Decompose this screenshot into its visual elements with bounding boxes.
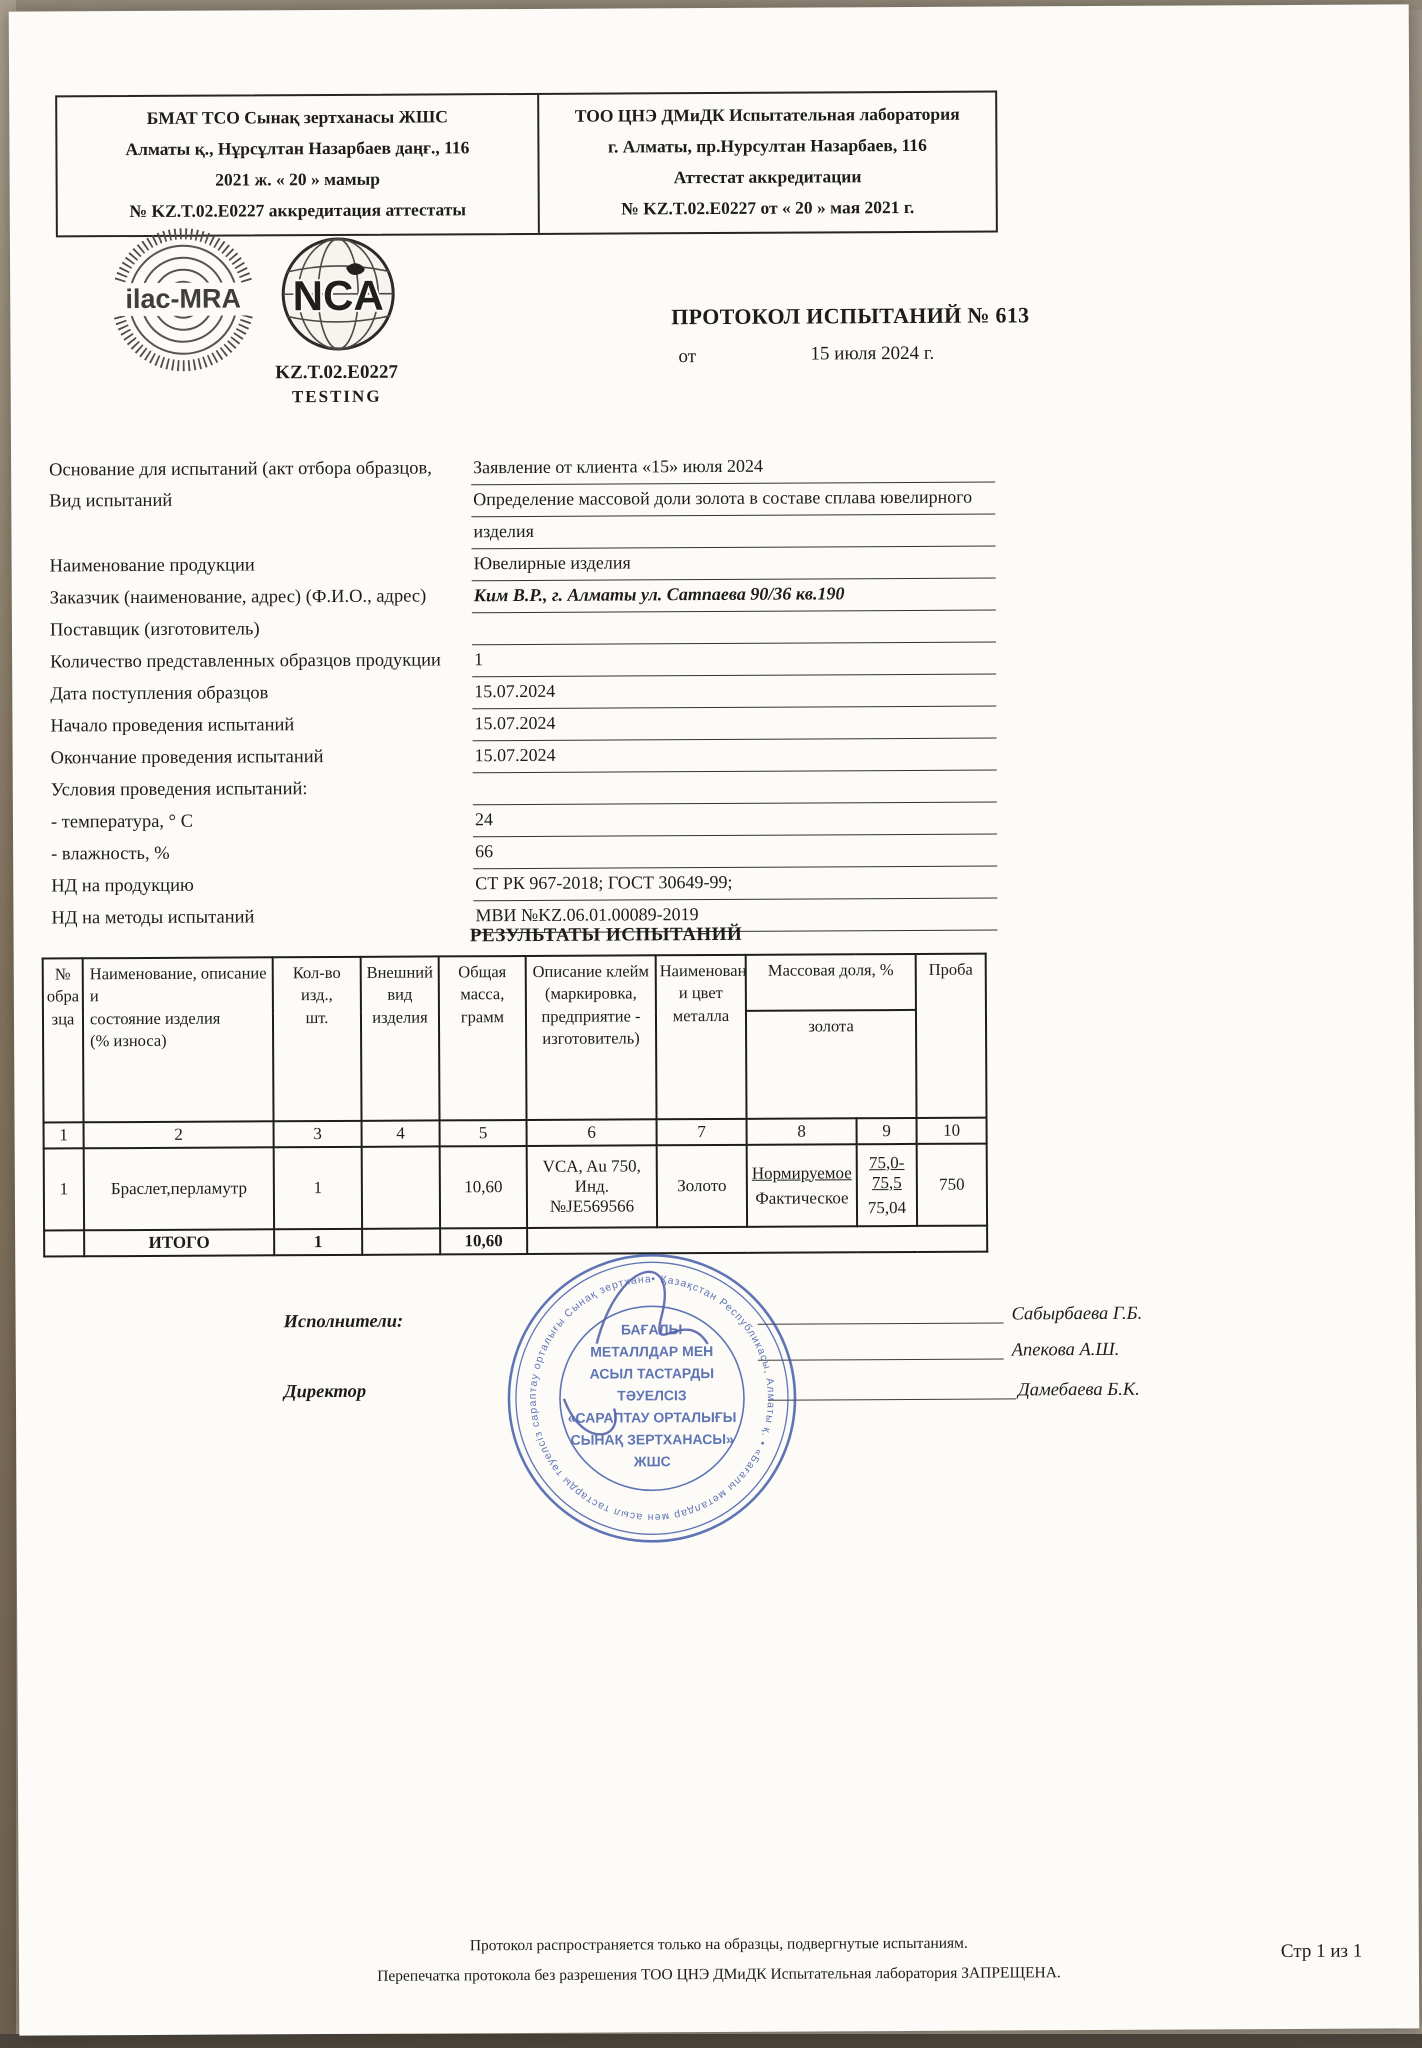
column-number: 4	[362, 1120, 440, 1146]
column-header: Общаямасса,грамм	[439, 956, 527, 1120]
signature-line	[758, 1358, 1004, 1360]
cell-sample-no: 1	[44, 1148, 84, 1230]
field-row: Поставщик (изготовитель)	[50, 611, 996, 648]
field-label: Поставщик (изготовитель)	[50, 613, 472, 646]
column-header: Описание клейм(маркировка,предприятие -и…	[526, 955, 657, 1120]
svg-text:БАҒАЛЫ: БАҒАЛЫ	[621, 1321, 682, 1337]
footer-note-1: Протокол распространяется только на обра…	[19, 1932, 1419, 1957]
field-value: 15.07.2024	[472, 675, 996, 710]
column-number: 9	[857, 1118, 917, 1144]
field-value: Ювелирные изделия	[472, 547, 996, 582]
cell-metal: Золото	[657, 1145, 747, 1227]
field-row: Начало проведения испытаний15.07.2024	[50, 707, 996, 744]
document-page: БМАТ ТСО Сынақ зертханасы ЖШСАлматы қ., …	[9, 4, 1420, 2035]
header-left-cell: БМАТ ТСО Сынақ зертханасы ЖШСАлматы қ., …	[57, 95, 538, 236]
field-value: 24	[473, 803, 997, 838]
cell-proba: 750	[917, 1144, 987, 1226]
cell-mass: 10,60	[440, 1146, 527, 1228]
field-label: Заказчик (наименование, адрес) (Ф.И.О., …	[50, 581, 472, 614]
field-value: 66	[473, 835, 997, 870]
accreditation-header-table: БМАТ ТСО Сынақ зертханасы ЖШСАлматы қ., …	[55, 91, 998, 238]
executors-label: Исполнители:	[284, 1312, 404, 1334]
svg-text:ilac-MRA: ilac-MRA	[125, 283, 241, 314]
header-text-line: Алматы қ., Нұрсұлтан Назарбаев даңғ., 11…	[63, 132, 531, 165]
field-value	[473, 771, 997, 806]
director-name: Дамебаева Б.К.	[1018, 1380, 1140, 1402]
header-text-line: БМАТ ТСО Сынақ зертханасы ЖШС	[63, 101, 531, 134]
accreditation-scope-label: TESTING	[207, 386, 467, 407]
field-row: Окончание проведения испытаний15.07.2024	[51, 739, 997, 776]
header-text-line: ТОО ЦНЭ ДМиДК Испытательная лаборатория	[545, 99, 989, 132]
svg-text:АСЫЛ ТАСТАРДЫ: АСЫЛ ТАСТАРДЫ	[590, 1365, 714, 1382]
column-header-proba: Проба	[916, 954, 987, 1118]
field-label: Количество представленных образцов проду…	[50, 645, 472, 678]
director-label: Директор	[284, 1382, 366, 1403]
field-row: Дата поступления образцов15.07.2024	[50, 675, 996, 712]
pen-signature-icon	[563, 1271, 708, 1434]
cell-appearance	[362, 1146, 440, 1228]
field-value: Ким В.Р., г. Алматы ул. Сатпаева 90/36 к…	[472, 579, 996, 614]
accreditation-cert-number: KZ.T.02.E0227	[207, 361, 467, 384]
header-text-line: г. Алматы, пр.Нурсултан Назарбаев, 116	[545, 130, 989, 163]
footer-note-2: Перепечатка протокола без разрешения ТОО…	[19, 1962, 1419, 1987]
header-text-line: 2021 ж. « 20 » мамыр	[64, 163, 532, 196]
svg-text:СЫНАҚ ЗЕРТХАНАСЫ»: СЫНАҚ ЗЕРТХАНАСЫ»	[571, 1431, 735, 1448]
header-text-line: № KZ.T.02.E0227 аккредитация аттестаты	[64, 194, 532, 227]
total-label: ИТОГО	[84, 1229, 274, 1256]
field-row: Количество представленных образцов проду…	[50, 643, 996, 680]
column-number: 3	[274, 1121, 362, 1147]
field-value: 1	[472, 643, 996, 678]
field-value: Заявление от клиента «15» июля 2024	[471, 451, 995, 486]
column-header-mass-fraction: Массовая доля, %	[746, 954, 916, 1011]
cell-mass-fraction-values: 75,0-75,575,04	[857, 1144, 917, 1226]
field-label: Наименование продукции	[50, 549, 472, 582]
svg-text:ЖШС: ЖШС	[633, 1453, 671, 1469]
column-header: Наименование, описание исостояние издели…	[83, 957, 274, 1122]
field-value: 15.07.2024	[472, 707, 996, 742]
field-value: 15.07.2024	[473, 739, 997, 774]
column-subheader-gold: золота	[746, 1010, 917, 1119]
column-header: №образца	[43, 958, 84, 1122]
cell-mass-fraction-labels: НормируемоеФактическое	[747, 1144, 857, 1227]
column-header: Внешнийвид изделия	[361, 956, 440, 1120]
svg-text:ТӘУЕЛСІЗ: ТӘУЕЛСІЗ	[617, 1387, 687, 1403]
column-number: 6	[527, 1119, 657, 1146]
field-label: Условия проведения испытаний:	[51, 773, 473, 806]
page-number: Стр 1 из 1	[1281, 1941, 1363, 1963]
svg-text:NCA: NCA	[293, 272, 384, 319]
column-header: Кол-во изд.,шт.	[273, 957, 362, 1121]
svg-text:«САРАПТАУ ОРТАЛЫҒЫ: «САРАПТАУ ОРТАЛЫҒЫ	[568, 1409, 737, 1426]
cell-qty: 1	[274, 1147, 362, 1229]
column-header: Наименованиеи цвет металла	[656, 955, 747, 1119]
executor-name: Апекова А.Ш.	[1012, 1340, 1120, 1362]
column-number: 2	[84, 1121, 274, 1148]
protocol-title: ПРОТОКОЛ ИСПЫТАНИЙ № 613	[630, 302, 1070, 330]
table-header-row: №образцаНаименование, описание исостояни…	[43, 954, 986, 1015]
column-number: 1	[44, 1122, 84, 1148]
column-number: 10	[917, 1118, 987, 1144]
nca-logo-icon: NCA	[276, 234, 401, 361]
field-label: - влажность, %	[51, 837, 473, 870]
column-number: 7	[657, 1119, 747, 1145]
field-value	[472, 611, 996, 646]
header-text-line: Аттестат аккредитации	[546, 161, 990, 194]
field-label: Начало проведения испытаний	[50, 709, 472, 742]
field-row: Основание для испытаний (акт отбора обра…	[49, 451, 995, 552]
header-right-cell: ТОО ЦНЭ ДМиДК Испытательная лабораторияг…	[537, 93, 996, 233]
field-label: Окончание проведения испытаний	[51, 741, 473, 774]
total-mass: 10,60	[440, 1228, 527, 1254]
field-label: Вид испытаний	[49, 484, 471, 517]
field-label: Дата поступления образцов	[50, 677, 472, 710]
results-table: №образцаНаименование, описание исостояни…	[42, 953, 989, 1258]
result-row: 1Браслет,перламутр110,60VCA, Au 750,Инд.…	[44, 1144, 987, 1231]
ilac-mra-logo-icon: ilac-MRA	[108, 224, 259, 375]
signature-line	[758, 1322, 1004, 1324]
column-number: 5	[440, 1120, 527, 1146]
total-row: ИТОГО110,60	[44, 1226, 987, 1257]
header-text-line: № KZ.T.02.E0227 от « 20 » мая 2021 г.	[546, 192, 990, 225]
executor-name: Сабырбаева Г.Б.	[1011, 1304, 1142, 1326]
fields-block: Основание для испытаний (акт отбора обра…	[49, 451, 998, 936]
column-number: 8	[747, 1118, 857, 1145]
field-row: Условия проведения испытаний:	[51, 771, 997, 808]
field-value: изделия	[471, 515, 995, 550]
field-label: НД на продукцию	[51, 869, 473, 902]
field-row: Заказчик (наименование, адрес) (Ф.И.О., …	[50, 579, 996, 616]
field-label: Основание для испытаний (акт отбора обра…	[49, 453, 471, 486]
field-row: НД на продукциюСТ РК 967-2018; ГОСТ 3064…	[51, 867, 997, 904]
field-label: - температура, ° С	[51, 805, 473, 838]
protocol-from-label: от	[678, 346, 696, 368]
laboratory-stamp: • Қазақстан Республикасы, Алматы қ. • «Б…	[501, 1248, 803, 1550]
cell-marks: VCA, Au 750,Инд. №JE569566	[527, 1145, 657, 1228]
field-row: - влажность, %66	[51, 835, 997, 872]
field-value: СТ РК 967-2018; ГОСТ 30649-99;	[473, 867, 997, 902]
field-value: Определение массовой доли золота в соста…	[471, 483, 995, 518]
svg-text:• Қазақстан Республикасы, Алма: • Қазақстан Республикасы, Алматы қ. • «Б…	[501, 1248, 777, 1525]
field-row: Наименование продукцииЮвелирные изделия	[50, 547, 996, 584]
scan-background-bottom	[0, 2034, 1422, 2048]
field-row: - температура, ° С24	[51, 803, 997, 840]
total-qty: 1	[274, 1229, 362, 1255]
svg-text:МЕТАЛЛДАР МЕН: МЕТАЛЛДАР МЕН	[590, 1343, 713, 1360]
signature-line	[768, 1398, 1016, 1400]
protocol-date: 15 июля 2024 г.	[810, 343, 934, 366]
cell-item-name: Браслет,перламутр	[84, 1147, 274, 1230]
